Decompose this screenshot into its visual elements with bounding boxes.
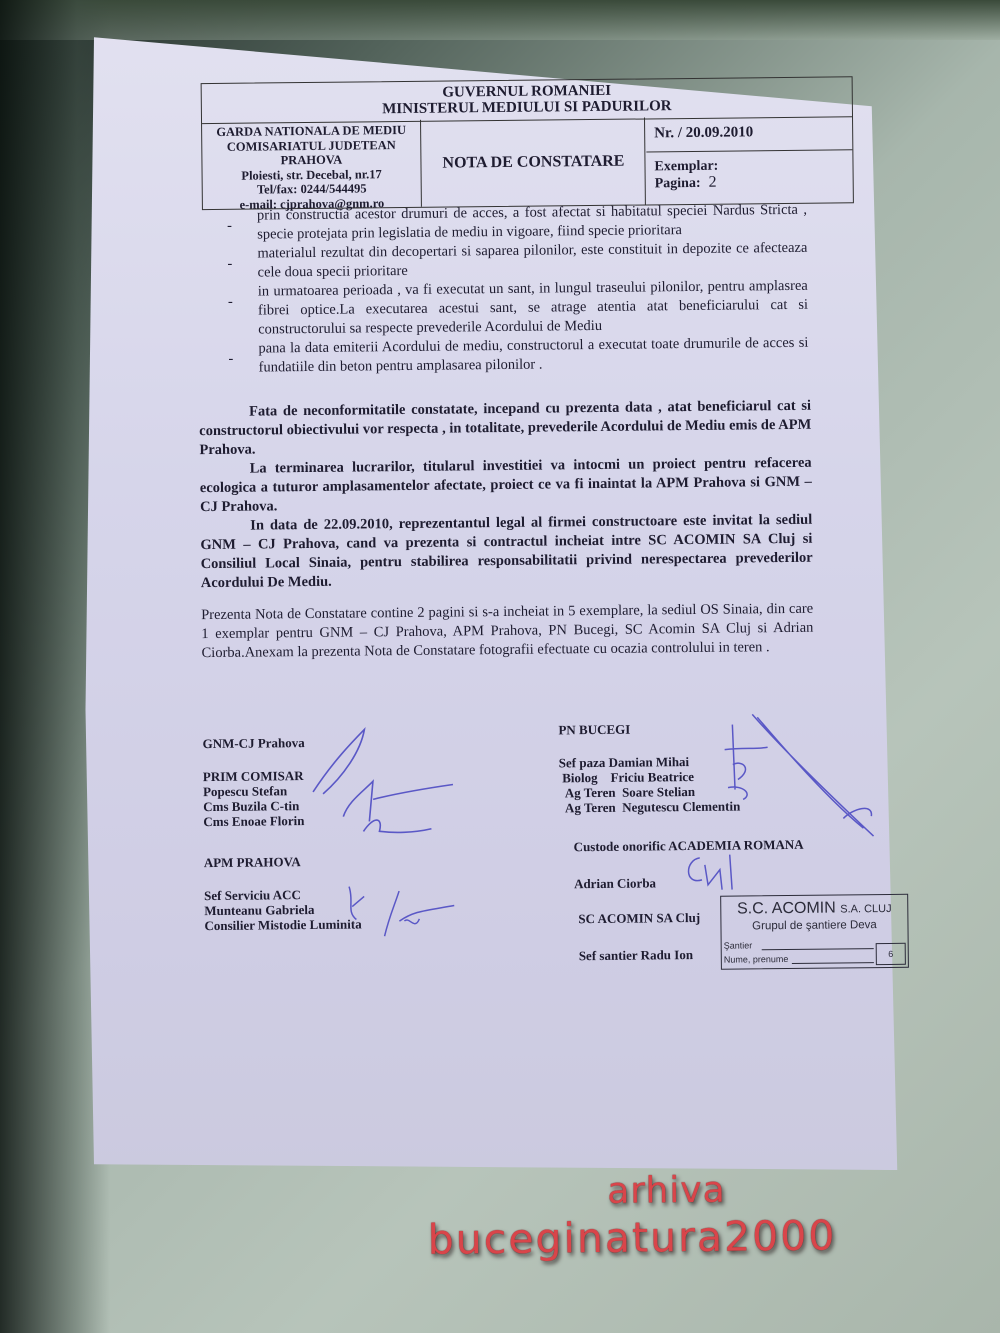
list-item: - prin constructia acestor drumuri de ac… bbox=[227, 201, 807, 245]
watermark-line1: arhiva bbox=[607, 1170, 726, 1212]
pagina-label: Pagina: bbox=[655, 176, 701, 191]
bullet-dash: - bbox=[228, 293, 233, 312]
paragraph: Fata de neconformitatile constatate, inc… bbox=[199, 397, 812, 460]
paragraph: La terminarea lucrarilor, titularul inve… bbox=[200, 454, 813, 517]
signatory-line: Cms Buzila C-tin bbox=[203, 798, 305, 814]
signatory-line: Sef Serviciu ACC bbox=[204, 886, 361, 903]
bullet-dash: - bbox=[227, 255, 232, 274]
stamp-group: Grupul de şantiere Deva bbox=[721, 919, 907, 933]
bullet-text: materialul rezultat din decopertari si s… bbox=[257, 239, 807, 283]
stamp-company: S.C. ACOMIN bbox=[737, 900, 836, 918]
list-item: - materialul rezultat din decopertari si… bbox=[227, 239, 807, 283]
bullet-text: pana la data emiterii Acordului de mediu… bbox=[258, 334, 808, 378]
signature-custode-icon bbox=[680, 849, 750, 895]
agency-block: GARDA NATIONALA DE MEDIU COMISARIATUL JU… bbox=[202, 120, 422, 209]
document-title: NOTA DE CONSTATARE bbox=[422, 117, 646, 206]
signatory-pn-bucegi: PN BUCEGI Sef paza Damian Mihai Biolog F… bbox=[558, 721, 740, 816]
signatory-name: Sef santier Radu Ion bbox=[579, 947, 701, 963]
agency-line: COMISARIATUL JUDETEAN bbox=[202, 137, 420, 154]
bullet-dash: - bbox=[228, 350, 233, 369]
list-item: - pana la data emiterii Acordului de med… bbox=[228, 334, 808, 378]
document-number: Nr. / 20.09.2010 bbox=[646, 115, 852, 152]
document-header-table: GUVERNUL ROMANIEI MINISTERUL MEDIULUI SI… bbox=[201, 76, 854, 210]
stamp-field-name: Nume, prenume bbox=[724, 954, 789, 965]
signatory-gnm: GNM-CJ Prahova PRIM COMISAR Popescu Stef… bbox=[202, 735, 305, 829]
stamp-field-santier: Şantier bbox=[724, 940, 753, 950]
signatory-apm: APM PRAHOVA Sef Serviciu ACC Munteanu Ga… bbox=[204, 853, 362, 933]
bullet-text: in urmatoarea perioada , va fi executat … bbox=[258, 277, 809, 340]
signatory-line: Ag Teren Negutescu Clementin bbox=[559, 799, 740, 816]
findings-paragraphs: Fata de neconformitatile constatate, inc… bbox=[199, 397, 813, 593]
bullet-dash: - bbox=[227, 217, 232, 236]
signature-pn-bucegi-icon bbox=[722, 708, 893, 840]
stamp-line bbox=[762, 948, 874, 950]
agency-line: GARDA NATIONALA DE MEDIU bbox=[202, 123, 420, 140]
pagina-value: 2 bbox=[708, 174, 716, 191]
signatory-line: Popescu Stefan bbox=[203, 783, 305, 799]
signatory-line: Munteanu Gabriela bbox=[204, 901, 361, 918]
watermark-line2: buceginatura2000 bbox=[427, 1212, 836, 1264]
stamp-company-suffix: S.A. CLUJ bbox=[840, 903, 891, 916]
company-stamp: S.C. ACOMIN S.A. CLUJ Grupul de şantiere… bbox=[720, 894, 909, 970]
signatory-heading: GNM-CJ Prahova bbox=[202, 735, 304, 751]
signatory-line: Cms Enoae Florin bbox=[203, 813, 305, 829]
paragraph: In data de 22.09.2010, reprezentantul le… bbox=[200, 511, 813, 593]
signatory-line: Consilier Mistodie Luminita bbox=[204, 916, 361, 933]
stamp-line bbox=[792, 962, 874, 964]
bullet-list: - prin constructia acestor drumuri de ac… bbox=[227, 201, 809, 378]
list-item: - in urmatoarea perioada , va fi executa… bbox=[228, 277, 809, 340]
signatory-heading: APM PRAHOVA bbox=[204, 853, 361, 870]
signatory-line: PRIM COMISAR bbox=[203, 768, 305, 784]
closing-paragraph: Prezenta Nota de Constatare contine 2 pa… bbox=[201, 600, 814, 663]
copy-page-block: Exemplar: Pagina:2 bbox=[646, 151, 853, 204]
signature-apm-icon bbox=[344, 880, 465, 941]
signatory-heading: SC ACOMIN SA Cluj bbox=[578, 910, 700, 926]
signature-gnm-icon bbox=[302, 720, 463, 842]
document: GUVERNUL ROMANIEI MINISTERUL MEDIULUI SI… bbox=[0, 0, 1000, 1333]
signatory-acomin: SC ACOMIN SA Cluj Sef santier Radu Ion bbox=[578, 910, 700, 963]
signatory-heading: PN BUCEGI bbox=[558, 721, 739, 738]
bullet-text: prin constructia acestor drumuri de acce… bbox=[257, 201, 807, 245]
stamp-number: 6 bbox=[876, 943, 906, 965]
